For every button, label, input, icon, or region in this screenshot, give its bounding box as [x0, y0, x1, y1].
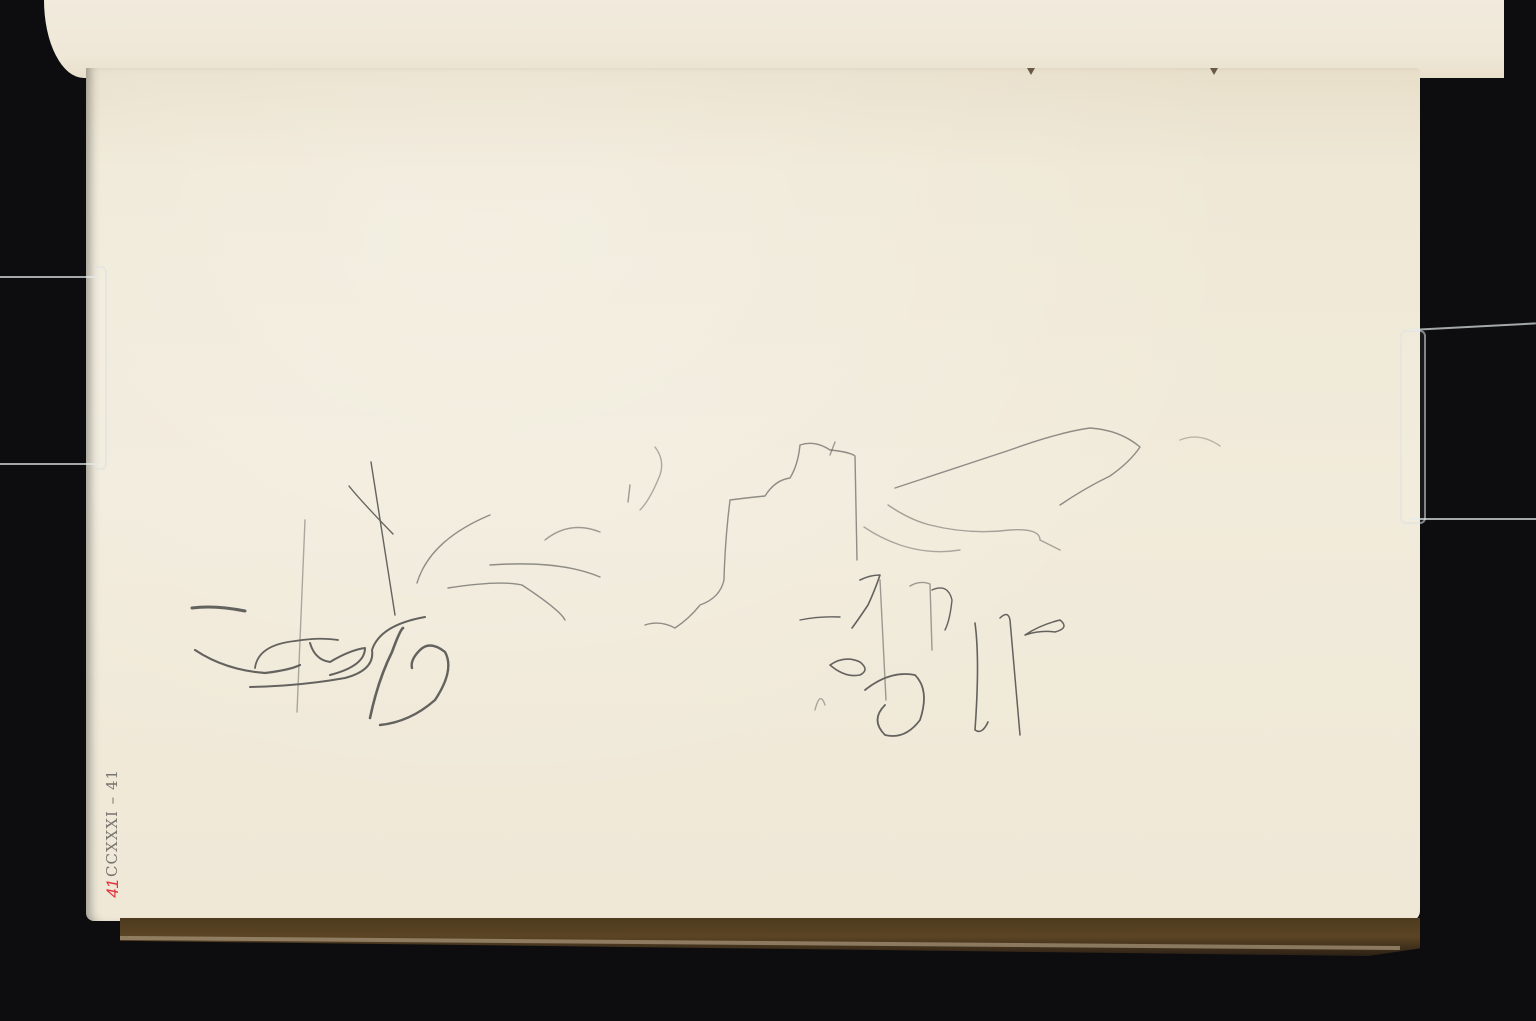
- inventory-number: CCXXXI – 41: [103, 737, 123, 877]
- folio-number-red: 41: [103, 879, 123, 898]
- scan-stage: CCXXXI – 41 41: [0, 0, 1536, 1021]
- pencil-sketch: [0, 0, 1536, 1021]
- inventory-stamp: CCXXXI – 41 41: [103, 737, 125, 917]
